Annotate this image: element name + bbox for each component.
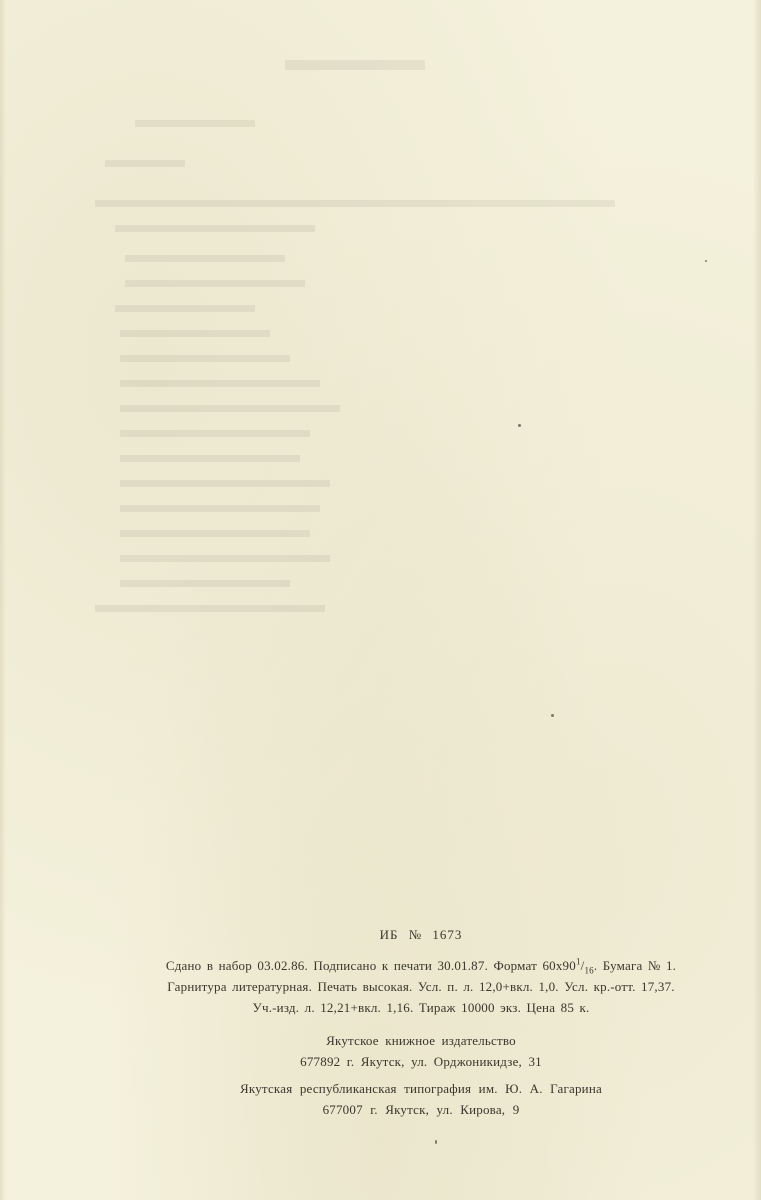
paper-speck — [435, 1140, 437, 1144]
number-symbol: № — [409, 927, 422, 942]
publisher-name: Якутское книжное издательство — [80, 1030, 761, 1051]
format-fraction-denominator: 16 — [584, 966, 593, 976]
printer-address: 677007 г. Якутск, ул. Кирова, 9 — [80, 1099, 761, 1120]
print-details-line-2: Гарнитура литературная. Печать высокая. … — [80, 976, 761, 997]
print-details-line-3: Уч.-изд. л. 12,21+вкл. 1,16. Тираж 10000… — [80, 997, 761, 1018]
page-edge-left — [0, 0, 6, 1200]
print-details-line-1: Сдано в набор 03.02.86. Подписано к печа… — [80, 955, 761, 976]
publisher-block: Якутское книжное издательство 677892 г. … — [80, 1030, 761, 1072]
print-details: Сдано в набор 03.02.86. Подписано к печа… — [80, 955, 761, 1018]
format-fraction-numerator: 1 — [576, 957, 581, 967]
paper-speck — [551, 714, 554, 717]
publisher-address: 677892 г. Якутск, ул. Орджоникидзе, 31 — [80, 1051, 761, 1072]
paper-speck — [705, 260, 707, 262]
paper-speck — [518, 424, 521, 427]
bleed-through-text — [95, 60, 695, 620]
printer-name: Якутская республиканская типография им. … — [80, 1078, 761, 1099]
ib-value: 1673 — [432, 927, 462, 942]
printer-block: Якутская республиканская типография им. … — [80, 1078, 761, 1120]
colophon: ИБ № 1673 Сдано в набор 03.02.86. Подпис… — [80, 924, 761, 1120]
ib-label: ИБ — [380, 927, 399, 942]
ib-number: ИБ № 1673 — [80, 924, 761, 945]
